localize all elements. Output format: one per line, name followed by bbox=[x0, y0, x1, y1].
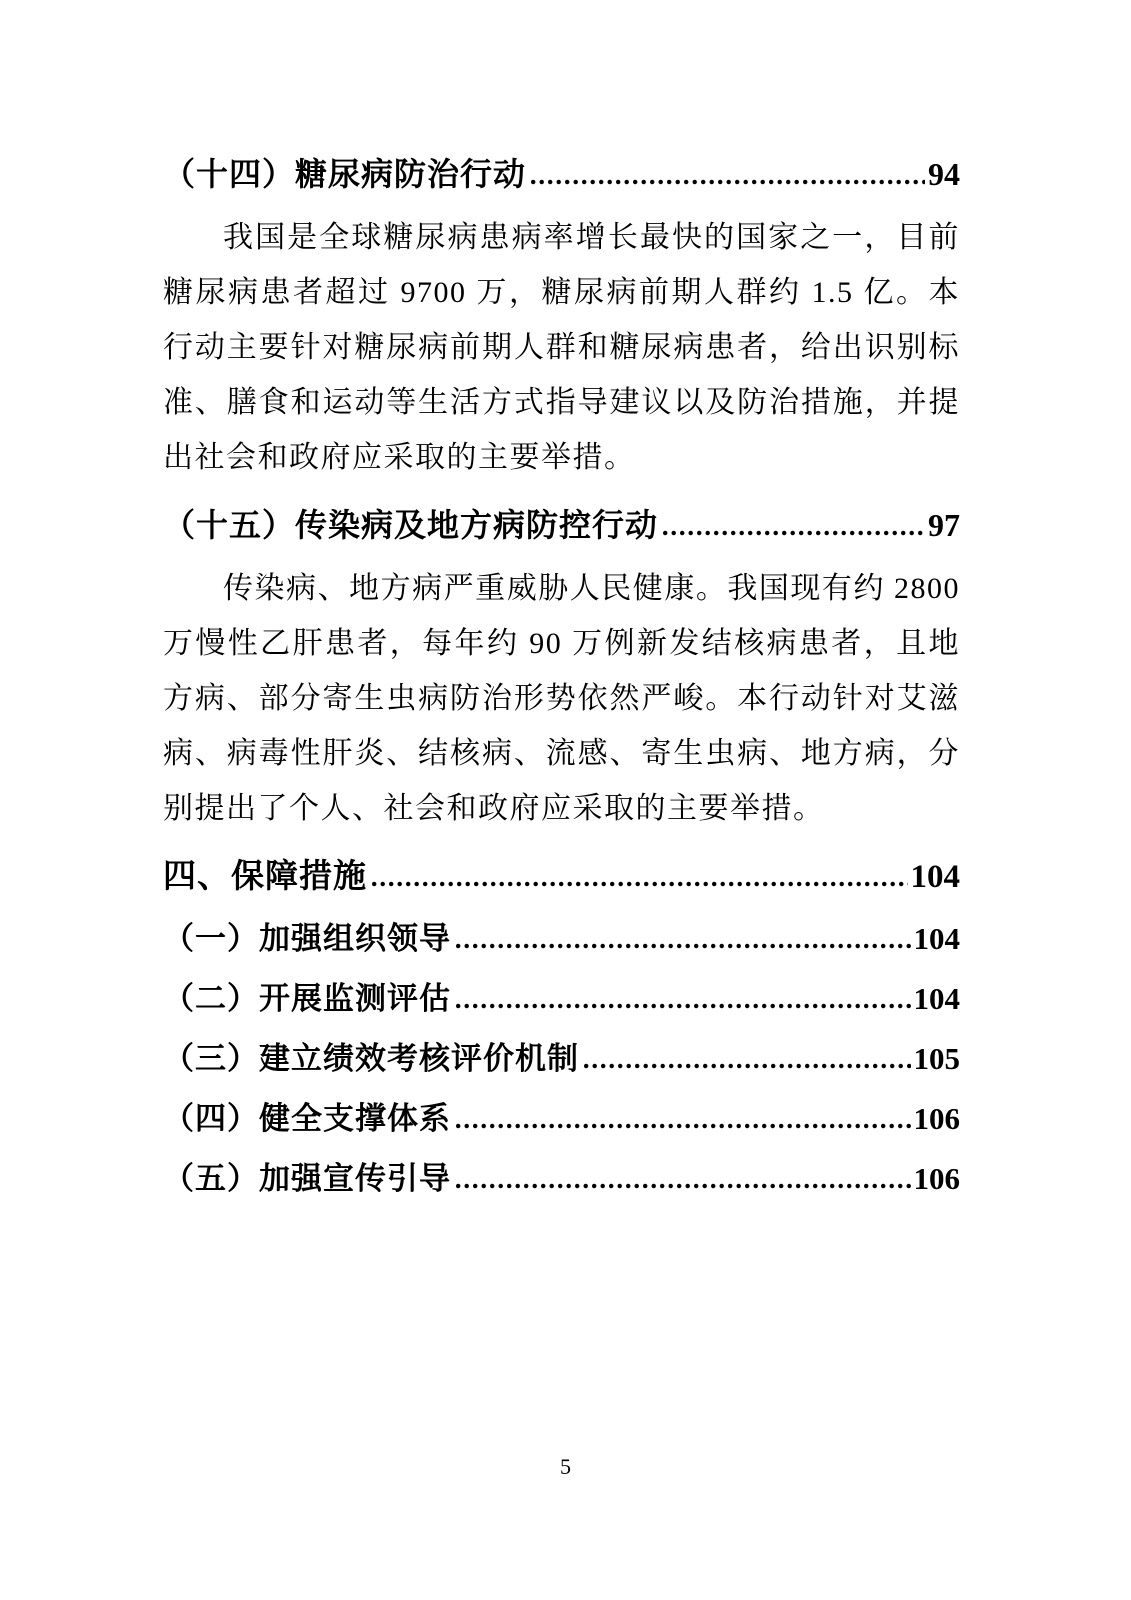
toc-entry-monitoring-evaluation[interactable]: （二）开展监测评估 104 bbox=[163, 975, 960, 1023]
dot-leader bbox=[372, 881, 908, 887]
page-number: 5 bbox=[0, 1452, 1131, 1482]
toc-entry-label: （五）加强宣传引导 bbox=[163, 1155, 451, 1203]
toc-entry-label: （十四）糖尿病防治行动 bbox=[163, 150, 526, 198]
toc-entry-infectious-disease-action[interactable]: （十五）传染病及地方病防控行动 97 bbox=[163, 501, 960, 549]
toc-section-safeguard-measures[interactable]: 四、保障措施 104 bbox=[163, 852, 960, 901]
toc-page-number: 104 bbox=[914, 975, 961, 1023]
toc-page-number: 104 bbox=[914, 915, 961, 963]
toc-page-number: 106 bbox=[914, 1155, 961, 1203]
toc-section-label: 四、保障措施 bbox=[163, 852, 367, 900]
toc-entry-label: （二）开展监测评估 bbox=[163, 975, 451, 1023]
dot-leader bbox=[456, 943, 911, 949]
dot-leader bbox=[456, 1003, 911, 1009]
toc-entry-label: （一）加强组织领导 bbox=[163, 915, 451, 963]
dot-leader bbox=[663, 530, 925, 536]
toc-entry-support-system[interactable]: （四）健全支撑体系 106 bbox=[163, 1095, 960, 1143]
toc-page-number: 94 bbox=[928, 150, 960, 198]
toc-entry-publicity-guidance[interactable]: （五）加强宣传引导 106 bbox=[163, 1155, 960, 1203]
toc-page-number: 106 bbox=[914, 1095, 961, 1143]
dot-leader bbox=[584, 1063, 911, 1069]
toc-page-number: 97 bbox=[928, 501, 960, 549]
toc-entry-performance-assessment[interactable]: （三）建立绩效考核评价机制 105 bbox=[163, 1035, 960, 1083]
toc-page-number: 104 bbox=[911, 853, 961, 901]
toc-entry-label: （十五）传染病及地方病防控行动 bbox=[163, 501, 658, 549]
toc-entry-strengthen-leadership[interactable]: （一）加强组织领导 104 bbox=[163, 915, 960, 963]
dot-leader bbox=[531, 179, 925, 185]
document-page: （十四）糖尿病防治行动 94 我国是全球糖尿病患病率增长最快的国家之一，目前糖尿… bbox=[0, 0, 1131, 1600]
dot-leader bbox=[456, 1183, 911, 1189]
toc-entry-diabetes-action[interactable]: （十四）糖尿病防治行动 94 bbox=[163, 150, 960, 198]
toc-entry-label: （三）建立绩效考核评价机制 bbox=[163, 1035, 579, 1083]
paragraph-diabetes-summary: 我国是全球糖尿病患病率增长最快的国家之一，目前糖尿病患者超过 9700 万，糖尿… bbox=[163, 210, 960, 485]
toc-page-number: 105 bbox=[914, 1035, 961, 1083]
toc-entry-label: （四）健全支撑体系 bbox=[163, 1095, 451, 1143]
paragraph-infectious-summary: 传染病、地方病严重威胁人民健康。我国现有约 2800 万慢性乙肝患者，每年约 9… bbox=[163, 561, 960, 836]
dot-leader bbox=[456, 1123, 911, 1129]
